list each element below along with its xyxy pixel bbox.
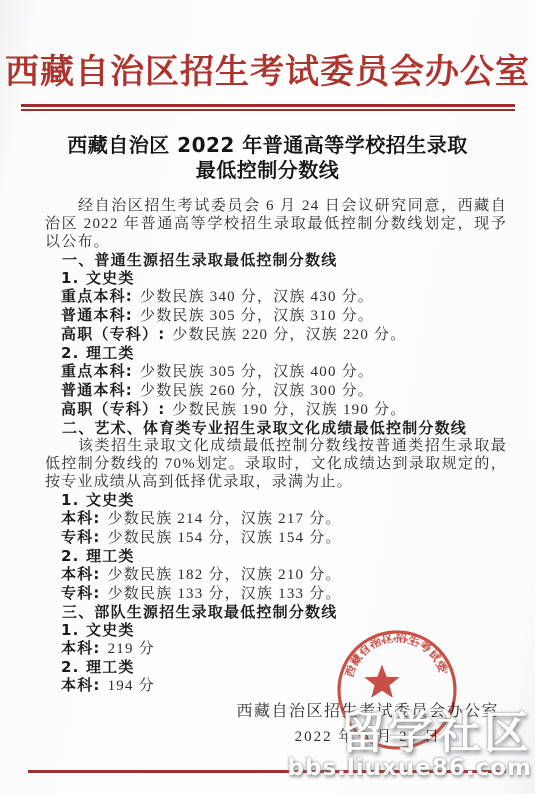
policy-paragraph: 该类招生录取文化成绩最低控制分数线按普通类招生录取最低控制分数线的 70%划定。… [45, 437, 507, 491]
section-1-heading: 一、普通生源招生录取最低控制分数线 [45, 251, 507, 269]
score-label: 普通本科: [61, 306, 133, 324]
score-value: 少数民族 305 分，汉族 310 分。 [140, 308, 374, 324]
score-value: 少数民族 214 分，汉族 217 分。 [108, 511, 342, 527]
category-heading: 2. 理工类 [45, 344, 507, 362]
score-label: 专科: [61, 584, 101, 602]
letterhead-org-title: 西藏自治区招生考试委员会办公室 [0, 0, 535, 96]
category-heading: 2. 理工类 [45, 547, 507, 565]
category-heading: 1. 文史类 [45, 491, 507, 509]
score-line: 本科:219 分 [45, 639, 507, 658]
score-value: 少数民族 260 分，汉族 300 分。 [140, 383, 374, 399]
score-line: 本科:少数民族 214 分，汉族 217 分。 [45, 509, 507, 528]
scanned-document-page: 西藏自治区招生考试委员会办公室 西藏自治区 2022 年普通高等学校招生录取 最… [0, 0, 535, 794]
document-title-line2: 最低控制分数线 [0, 158, 535, 183]
document-body: 经自治区招生考试委员会 6 月 24 日会议研究同意，西藏自治区 2022 年普… [45, 197, 507, 695]
score-label: 高职（专科）: [61, 325, 165, 343]
score-line: 专科:少数民族 154 分，汉族 154 分。 [45, 528, 507, 547]
score-line: 本科:少数民族 182 分，汉族 210 分。 [45, 565, 507, 584]
section-3-heading: 三、部队生源招生录取最低控制分数线 [45, 603, 507, 621]
score-label: 高职（专科）: [61, 400, 165, 418]
score-value: 少数民族 133 分，汉族 133 分。 [108, 586, 342, 602]
category-heading: 1. 文史类 [45, 621, 507, 639]
score-line: 专科:少数民族 133 分，汉族 133 分。 [45, 584, 507, 603]
score-label: 重点本科: [61, 287, 133, 305]
letterhead-double-rule [21, 104, 515, 111]
score-line: 重点本科:少数民族 340 分，汉族 430 分。 [45, 287, 507, 306]
score-value: 少数民族 190 分，汉族 190 分。 [172, 402, 406, 418]
score-value: 少数民族 182 分，汉族 210 分。 [108, 567, 342, 583]
score-value: 219 分 [108, 641, 155, 657]
score-line: 重点本科:少数民族 305 分，汉族 400 分。 [45, 362, 507, 381]
document-title-line1: 西藏自治区 2022 年普通高等学校招生录取 [0, 133, 535, 158]
intro-paragraph: 经自治区招生考试委员会 6 月 24 日会议研究同意，西藏自治区 2022 年普… [45, 197, 507, 251]
score-label: 普通本科: [61, 381, 133, 399]
score-line: 高职（专科）:少数民族 190 分，汉族 190 分。 [45, 400, 507, 419]
section-2-heading: 二、艺术、体育类专业招生录取文化成绩最低控制分数线 [45, 419, 507, 437]
score-label: 本科: [61, 676, 101, 694]
score-value: 少数民族 340 分，汉族 430 分。 [140, 289, 374, 305]
document-title: 西藏自治区 2022 年普通高等学校招生录取 最低控制分数线 [0, 133, 535, 183]
category-heading: 2. 理工类 [45, 658, 507, 676]
score-line: 普通本科:少数民族 305 分，汉族 310 分。 [45, 306, 507, 325]
category-heading: 1. 文史类 [45, 269, 507, 287]
watermark-site-name: 留学社区 [288, 710, 532, 756]
site-watermark: 留学社区 bbs.liuxue86.com [288, 710, 532, 780]
score-label: 本科: [61, 509, 101, 527]
score-line: 本科:194 分 [45, 676, 507, 695]
score-line: 普通本科:少数民族 260 分，汉族 300 分。 [45, 381, 507, 400]
score-value: 少数民族 154 分，汉族 154 分。 [108, 530, 342, 546]
score-label: 本科: [61, 565, 101, 583]
score-label: 专科: [61, 528, 101, 546]
watermark-site-url: bbs.liuxue86.com [288, 756, 532, 780]
score-line: 高职（专科）:少数民族 220 分，汉族 220 分。 [45, 325, 507, 344]
score-label: 重点本科: [61, 362, 133, 380]
score-value: 少数民族 220 分，汉族 220 分。 [172, 327, 406, 343]
score-value: 194 分 [108, 678, 155, 694]
score-value: 少数民族 305 分，汉族 400 分。 [140, 364, 374, 380]
score-label: 本科: [61, 639, 101, 657]
